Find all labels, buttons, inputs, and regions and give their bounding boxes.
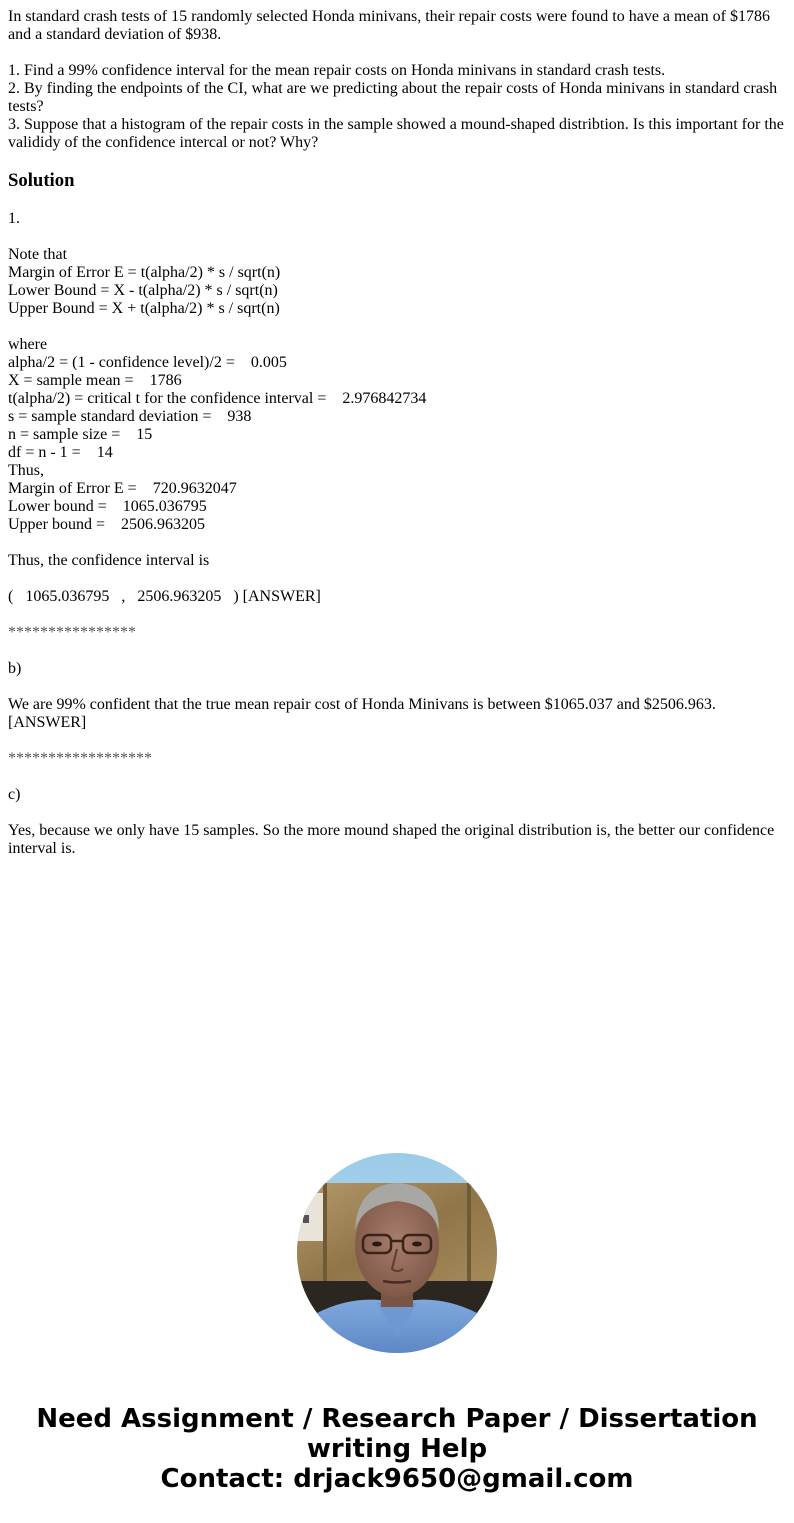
formula-upper: Upper Bound = X + t(alpha/2) * s / sqrt(…: [8, 300, 786, 318]
question-2-line1: 2. By finding the endpoints of the CI, w…: [8, 80, 786, 98]
part-c-line2: interval is.: [8, 840, 786, 858]
question-block: In standard crash tests of 15 randomly s…: [8, 8, 786, 152]
separator-2: ******************: [8, 750, 786, 768]
ci-answer: ( 1065.036795 , 2506.963205 ) [ANSWER]: [8, 588, 786, 606]
footer-contact-email: Contact: drjack9650@gmail.com: [0, 1464, 794, 1494]
separator-1: ****************: [8, 624, 786, 642]
contact-footer: Need Assignment / Research Paper / Disse…: [0, 1404, 794, 1494]
result-margin: Margin of Error E = 720.9632047: [8, 480, 786, 498]
note-that: Note that: [8, 246, 786, 264]
question-1: 1. Find a 99% confidence interval for th…: [8, 62, 786, 80]
portrait-illustration: [297, 1153, 497, 1353]
part-b-label: b): [8, 660, 786, 678]
result-upper: Upper bound = 2506.963205: [8, 516, 786, 534]
question-3-line1: 3. Suppose that a histogram of the repai…: [8, 116, 786, 134]
def-alpha: alpha/2 = (1 - confidence level)/2 = 0.0…: [8, 354, 786, 372]
formula-lower: Lower Bound = X - t(alpha/2) * s / sqrt(…: [8, 282, 786, 300]
part-c-line1: Yes, because we only have 15 samples. So…: [8, 822, 786, 840]
where-label: where: [8, 336, 786, 354]
ci-intro: Thus, the confidence interval is: [8, 552, 786, 570]
part-b-line1: We are 99% confident that the true mean …: [8, 696, 786, 714]
def-tcrit: t(alpha/2) = critical t for the confiden…: [8, 390, 786, 408]
def-sd: s = sample standard deviation = 938: [8, 408, 786, 426]
question-3-line2: valididy of the confidence intercal or n…: [8, 134, 786, 152]
part-c-label: c): [8, 786, 786, 804]
def-n: n = sample size = 15: [8, 426, 786, 444]
formula-margin: Margin of Error E = t(alpha/2) * s / sqr…: [8, 264, 786, 282]
def-df: df = n - 1 = 14: [8, 444, 786, 462]
tutor-photo: [297, 1153, 497, 1353]
footer-line-1: Need Assignment / Research Paper / Disse…: [0, 1404, 794, 1434]
question-2-line2: tests?: [8, 98, 786, 116]
solution-heading: Solution: [8, 170, 786, 192]
part-1-label: 1.: [8, 210, 786, 228]
document-content: In standard crash tests of 15 randomly s…: [8, 8, 786, 858]
result-lower: Lower bound = 1065.036795: [8, 498, 786, 516]
solution-block: 1. Note that Margin of Error E = t(alpha…: [8, 210, 786, 858]
thus-label: Thus,: [8, 462, 786, 480]
def-mean: X = sample mean = 1786: [8, 372, 786, 390]
question-intro-line2: and a standard deviation of $938.: [8, 26, 786, 44]
footer-line-2: writing Help: [0, 1434, 794, 1464]
part-b-line2: [ANSWER]: [8, 714, 786, 732]
question-intro-line1: In standard crash tests of 15 randomly s…: [8, 8, 786, 26]
